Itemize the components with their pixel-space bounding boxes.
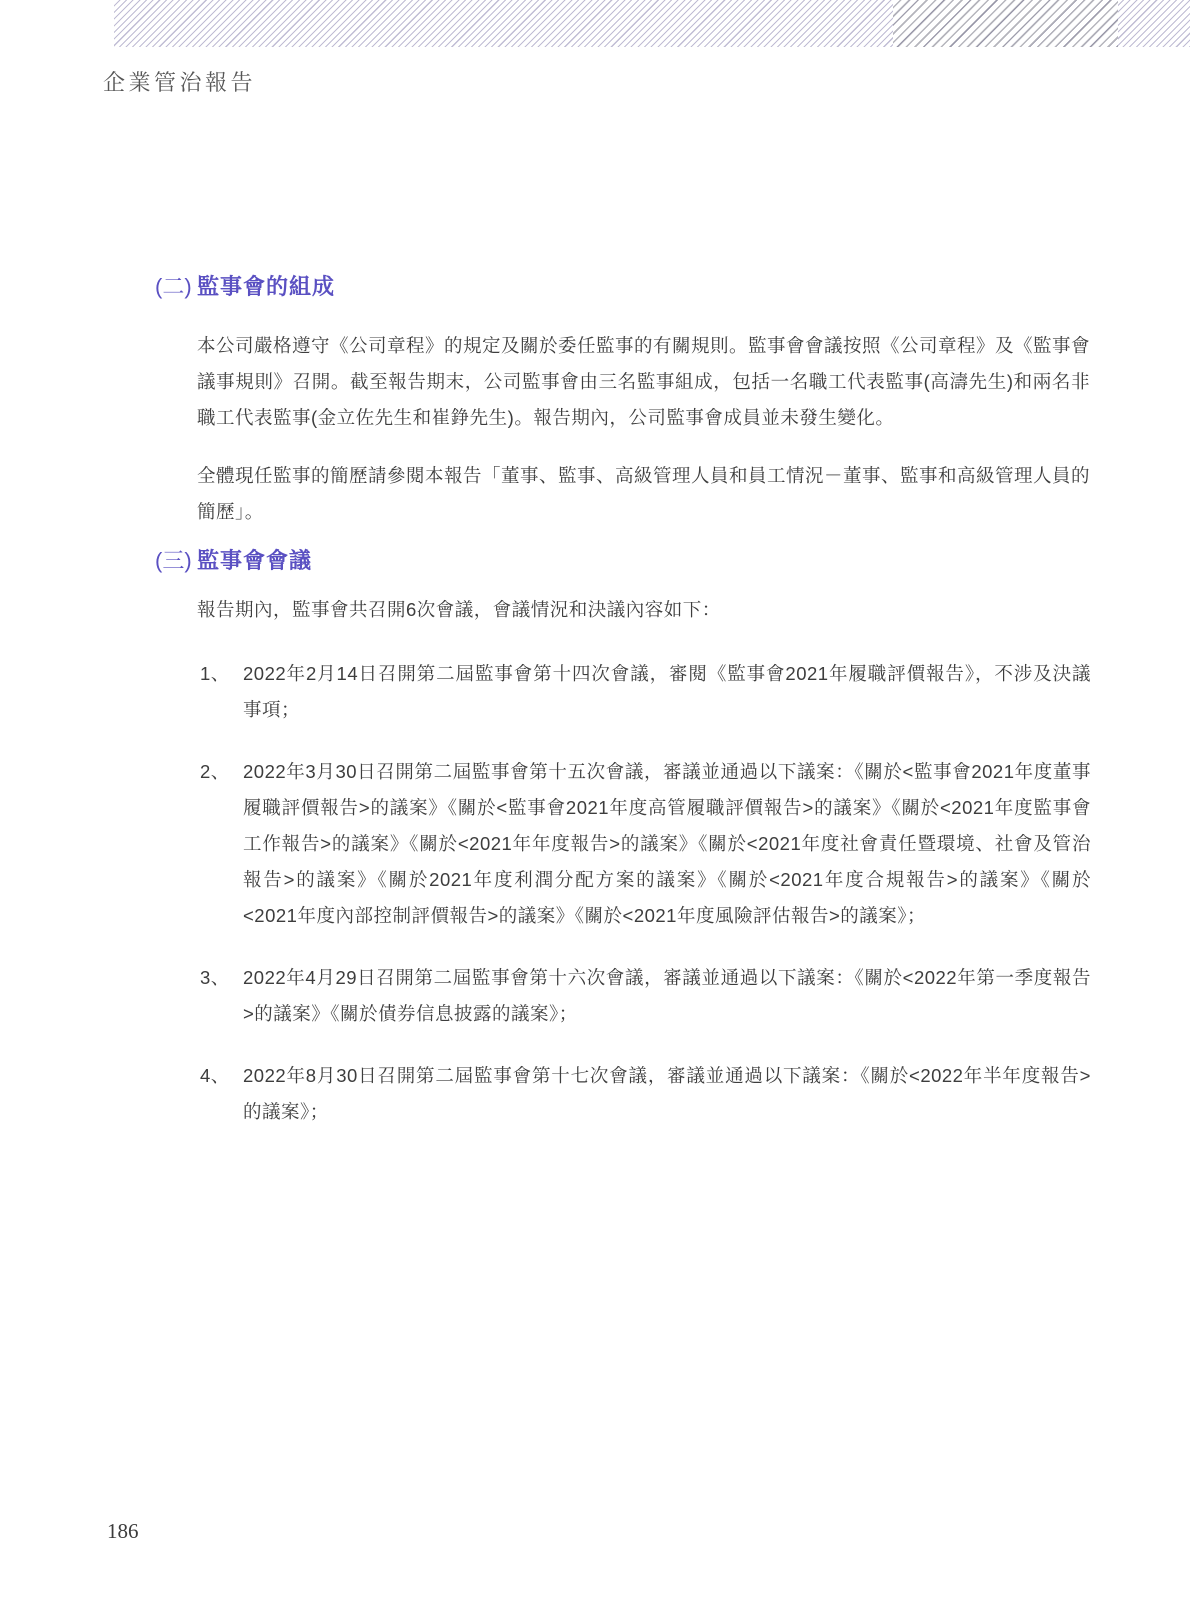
list-item: 1、 2022年2月14日召開第二屆監事會第十四次會議，審閱《監事會2021年履… [200, 656, 1091, 728]
list-item-number: 2、 [200, 754, 243, 790]
decorative-hatch-banner-gray-segment [893, 0, 1118, 47]
list-item: 2、 2022年3月30日召開第二屆監事會第十五次會議，審議並通過以下議案：《關… [200, 754, 1091, 934]
page-number: 186 [107, 1519, 139, 1544]
list-item-number: 4、 [200, 1058, 243, 1094]
list-item-text: 2022年4月29日召開第二屆監事會第十六次會議，審議並通過以下議案：《關於<2… [243, 960, 1091, 1032]
section-title: 監事會會議 [197, 546, 312, 576]
paragraph: 全體現任監事的簡歷請參閱本報告「董事、監事、高級管理人員和員工情況－董事、監事和… [197, 458, 1090, 530]
paragraph: 本公司嚴格遵守《公司章程》的規定及關於委任監事的有關規則。監事會會議按照《公司章… [197, 328, 1090, 436]
meeting-list: 1、 2022年2月14日召開第二屆監事會第十四次會議，審閱《監事會2021年履… [200, 656, 1091, 1130]
paragraph: 報告期內，監事會共召開6次會議，會議情況和決議內容如下： [197, 592, 1090, 628]
section-number: (二) [155, 272, 197, 302]
report-page: 企業管治報告 (二) 監事會的組成 本公司嚴格遵守《公司章程》的規定及關於委任監… [0, 0, 1190, 1615]
section-supervisory-board-composition: (二) 監事會的組成 本公司嚴格遵守《公司章程》的規定及關於委任監事的有關規則。… [155, 272, 1091, 530]
list-item-text: 2022年3月30日召開第二屆監事會第十五次會議，審議並通過以下議案：《關於<監… [243, 754, 1091, 934]
document-title: 企業管治報告 [103, 70, 256, 95]
section-number: (三) [155, 546, 197, 576]
section-heading: (二) 監事會的組成 [155, 272, 1091, 302]
list-item-number: 3、 [200, 960, 243, 996]
section-heading: (三) 監事會會議 [155, 546, 1091, 576]
page-header: 企業管治報告 [103, 66, 256, 97]
section-supervisory-board-meetings: (三) 監事會會議 報告期內，監事會共召開6次會議，會議情況和決議內容如下： 1… [155, 546, 1091, 1130]
section-title: 監事會的組成 [197, 272, 335, 302]
list-item: 4、 2022年8月30日召開第二屆監事會第十七次會議，審議並通過以下議案：《關… [200, 1058, 1091, 1130]
list-item-text: 2022年8月30日召開第二屆監事會第十七次會議，審議並通過以下議案：《關於<2… [243, 1058, 1091, 1130]
list-item-text: 2022年2月14日召開第二屆監事會第十四次會議，審閱《監事會2021年履職評價… [243, 656, 1091, 728]
content-area: (二) 監事會的組成 本公司嚴格遵守《公司章程》的規定及關於委任監事的有關規則。… [155, 272, 1091, 1130]
list-item-number: 1、 [200, 656, 243, 692]
list-item: 3、 2022年4月29日召開第二屆監事會第十六次會議，審議並通過以下議案：《關… [200, 960, 1091, 1032]
decorative-hatch-banner [114, 0, 1190, 47]
